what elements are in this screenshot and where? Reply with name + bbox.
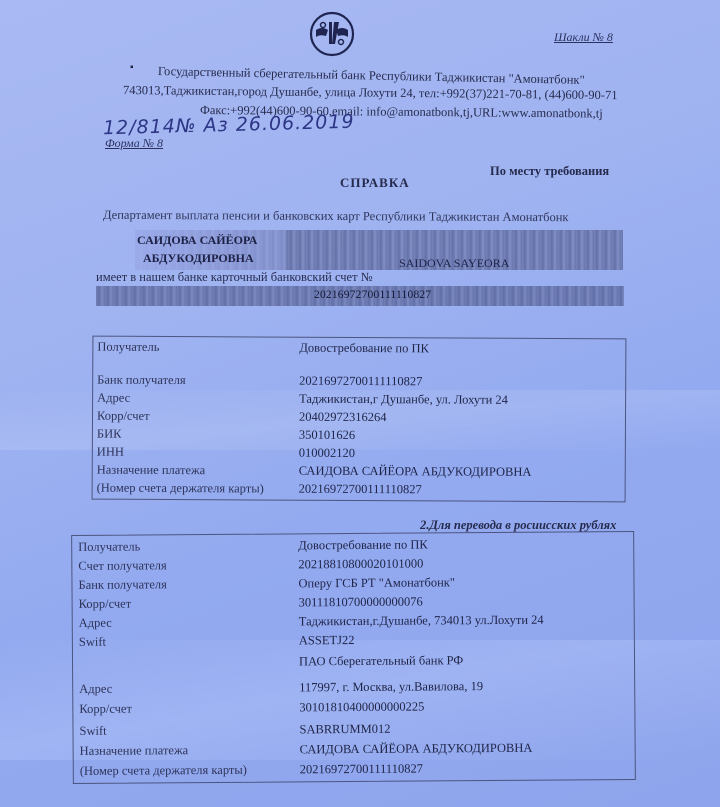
row-value: Довостребование по ПК (298, 537, 428, 553)
holder-name-latin: SAIDOVA SAYEORA (399, 256, 509, 271)
table-row: Корр/счет20402972316264 (93, 409, 625, 412)
row-label: Счет получателя (78, 558, 166, 574)
row-label: Корр/счет (79, 702, 132, 717)
destination-note: По месту требования (490, 164, 609, 179)
row-value: 117997, г. Москва, ул.Вавилова, 19 (299, 679, 483, 695)
table-row: Назначение платежаСАИДОВА САЙЁОРА АБДУКО… (74, 740, 635, 744)
row-label: Получатель (97, 340, 159, 355)
table-row: Банк получателяОперу ГСБ РТ "Амонатбонк" (72, 574, 633, 578)
row-value: ASSETJ22 (299, 633, 355, 648)
table-row: SwiftASSETJ22 (73, 631, 634, 635)
table-row: Корр/счет30101810400000000225 (73, 698, 634, 702)
holder-name-ru-line2: АБДУКОДИРОВНА (143, 251, 254, 266)
table-row: (Номер счета держателя карты)20216972700… (74, 760, 635, 764)
row-label: Swift (79, 724, 106, 739)
table-row: ПАО Сберегательный банк РФ (73, 652, 634, 656)
row-value: САИДОВА САЙЁОРА АБДУКОДИРОВНА (300, 741, 533, 758)
row-label: (Номер счета держателя карты) (80, 763, 247, 779)
table-row: АдресТаджикистан,г Душанбе, ул. Лохути 2… (93, 391, 625, 394)
row-label: Корр/счет (79, 597, 132, 612)
row-label: Адрес (79, 682, 112, 697)
row-label: Swift (79, 635, 106, 650)
row-value: Таджикистан,г.Душанбе, 734013 ул.Лохути … (299, 613, 544, 630)
row-value: 20402972316264 (299, 410, 387, 425)
row-value: ПАО Сберегательный банк РФ (299, 653, 463, 669)
table-row: АдресТаджикистан,г.Душанбе, 734013 ул.Ло… (73, 612, 634, 616)
row-value: Оперу ГСБ РТ "Амонатбонк" (298, 575, 455, 591)
bullet-mark: ▪ (130, 62, 134, 73)
row-label: Банк получателя (97, 373, 185, 388)
row-value: САИДОВА САЙЁОРА АБДУКОДИРОВНА (299, 464, 532, 480)
table-row: Корр/счет30111810700000000076 (73, 593, 634, 597)
row-label: ИНН (97, 445, 124, 460)
document-title: СПРАВКА (340, 175, 410, 191)
row-value: 20216972700111110827 (299, 374, 422, 390)
row-label: Назначение платежа (80, 743, 189, 759)
row-label: Назначение платежа (97, 463, 206, 479)
row-value: Довостребование по ПК (299, 341, 429, 357)
holder-name-ru-line1: САИДОВА САЙЁОРА (137, 233, 257, 248)
handwritten-reference: 12/814№ Аз 26.06.2019 (103, 111, 355, 140)
table-row: (Номер счета держателя карты)20216972700… (93, 481, 625, 484)
account-number: 20216972700111110827 (314, 289, 431, 301)
row-label: Корр/счет (97, 409, 150, 424)
row-value: 20216972700111110827 (300, 762, 423, 778)
row-value: SABRRUMM012 (299, 722, 390, 738)
row-value: 20216972700111110827 (299, 482, 422, 498)
table-row: SwiftSABRRUMM012 (73, 720, 634, 724)
table-row: ПолучательДовостребование по ПК (72, 536, 633, 540)
table-row: БИК350101626 (93, 427, 625, 430)
row-label: Адрес (79, 616, 112, 631)
row-value: Таджикистан,г Душанбе, ул. Лохути 24 (299, 392, 508, 408)
document-sheet: Шакли № 8 ▪ Государственный сберегательн… (0, 0, 720, 807)
row-label: БИК (97, 427, 122, 442)
table-row: Назначение платежаСАИДОВА САЙЁОРА АБДУКО… (93, 463, 625, 466)
row-label: (Номер счета держателя карты) (97, 481, 264, 497)
account-statement: имеет в нашем банке карточный банковский… (96, 270, 373, 285)
table-row: Банк получателя20216972700111110827 (93, 373, 625, 376)
table-row: Счет получателя20218810800020101000 (72, 555, 633, 559)
row-value: 30101810400000000225 (299, 700, 424, 716)
details-table-rub: ПолучательДовостребование по ПКСчет полу… (71, 531, 636, 784)
row-value: 30111810700000000076 (299, 595, 423, 611)
row-value: 20218810800020101000 (298, 557, 423, 573)
department-line: Департамент выплата пенсии и банковских … (103, 208, 569, 225)
table-row: ПолучательДовостребование по ПК (93, 340, 625, 343)
row-value: 350101626 (299, 428, 355, 443)
table-row: Адрес117997, г. Москва, ул.Вавилова, 19 (73, 678, 634, 682)
row-label: Банк получателя (78, 577, 166, 593)
bank-logo-icon (308, 10, 356, 58)
row-label: Адрес (97, 391, 130, 406)
row-label: Получатель (78, 539, 140, 554)
row-value: 010002120 (299, 446, 355, 461)
details-table-somoni: ПолучательДовостребование по ПКБанк полу… (92, 336, 627, 503)
table-row: ИНН010002120 (93, 445, 625, 448)
form-code-top: Шакли № 8 (554, 30, 613, 45)
form-code: Форма № 8 (105, 136, 163, 151)
